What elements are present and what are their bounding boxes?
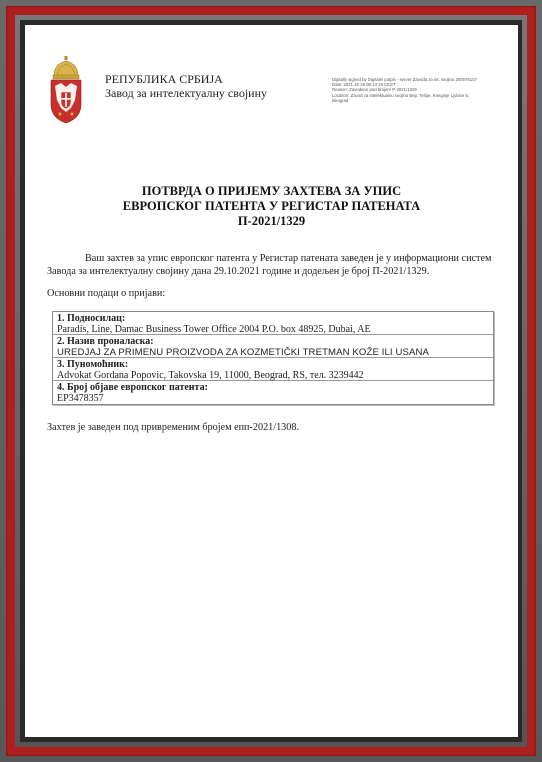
field-label: 1. Подносилац: [57,313,489,324]
intro-paragraph: Ваш захтев за упис европског патента у Р… [47,253,497,278]
signature-line-city: Beograd [332,98,517,103]
institution-name: Завод за интелектуалну својину [105,86,267,100]
field-label: 2. Назив проналаска: [57,336,489,347]
application-data-table: 1. Подносилац: Paradis, Line, Damac Busi… [52,311,494,405]
document-page: РЕПУБЛИКА СРБИЈА Завод за интелектуалну … [25,25,518,737]
field-invention-title: 2. Назив проналаска: UREDJAJ ZA PRIMENU … [53,335,493,358]
digital-signature-block: Digitally signed by Digitalni potpis - s… [332,77,517,103]
serbian-coat-of-arms-icon [49,56,83,124]
title-line-1: ПОТВРДА О ПРИЈЕМУ ЗАХТЕВА ЗА УПИС [25,184,518,199]
intro-line-2: Завода за интелектуалну својину дана 29.… [47,266,497,279]
field-value: EP3478357 [57,393,489,404]
field-value: UREDJAJ ZA PRIMENU PROIZVODA ZA KOZMETIČ… [57,347,489,358]
field-label: 4. Број објаве европског патента: [57,382,489,393]
country-name: РЕПУБЛИКА СРБИЈА [105,72,223,86]
field-value: Paradis, Line, Damac Business Tower Offi… [57,324,489,335]
intro-line-1: Ваш захтев за упис европског патента у Р… [47,253,497,266]
field-label: 3. Пуномоћник: [57,359,489,370]
field-publication-number: 4. Број објаве европског патента: EP3478… [53,381,493,404]
field-attorney: 3. Пуномоћник: Advokat Gordana Popovic, … [53,358,493,381]
document-title: ПОТВРДА О ПРИЈЕМУ ЗАХТЕВА ЗА УПИС ЕВРОПС… [25,184,518,229]
field-value: Advokat Gordana Popovic, Takovska 19, 11… [57,370,489,381]
basic-data-label: Основни подаци о пријави: [47,288,165,300]
temporary-number-note: Захтев је заведен под привременим бројем… [47,422,299,434]
title-line-2: ЕВРОПСКОГ ПАТЕНТА У РЕГИСТАР ПАТЕНАТА [25,199,518,214]
title-number: П-2021/1329 [25,214,518,229]
field-applicant: 1. Подносилац: Paradis, Line, Damac Busi… [53,312,493,335]
